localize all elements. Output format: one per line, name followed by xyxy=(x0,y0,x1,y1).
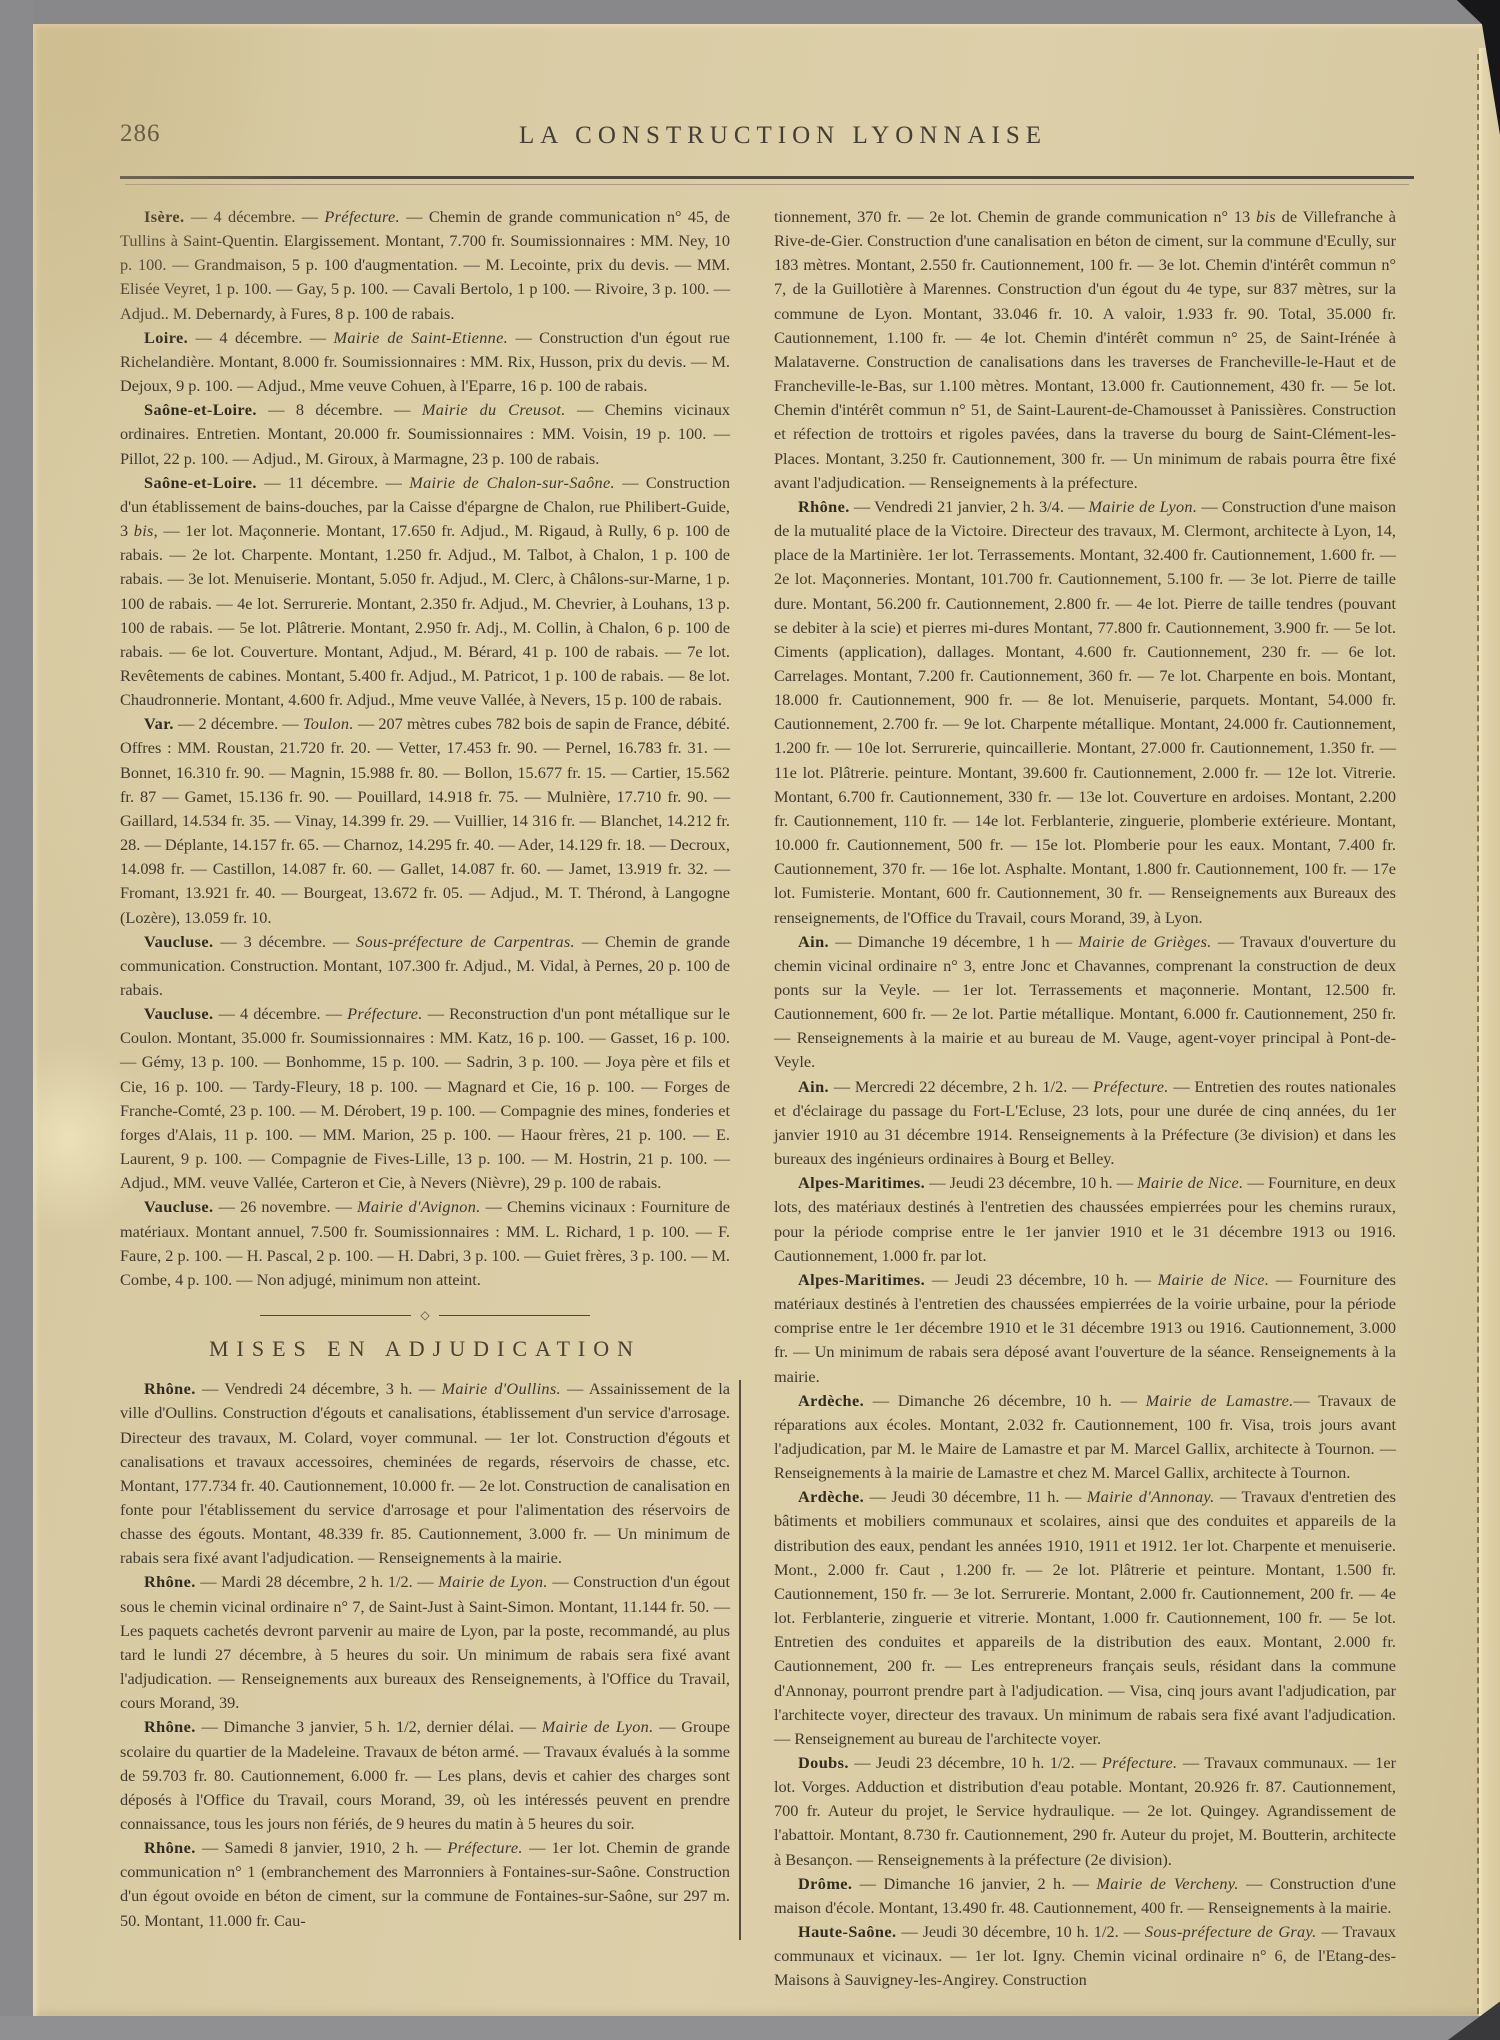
entry-text: — Dimanche 26 décembre, 10 h. — xyxy=(864,1391,1146,1410)
entry-text: — Jeudi 30 décembre, 10 h. 1/2. — xyxy=(896,1922,1144,1941)
department-lead: Rhône. xyxy=(144,1379,196,1398)
department-lead: Vaucluse. xyxy=(144,1197,214,1216)
entry-paragraph: Rhône. — Samedi 8 janvier, 1910, 2 h. — … xyxy=(120,1836,730,1933)
department-lead: Var. xyxy=(144,714,174,733)
photo-background-bottom xyxy=(0,2016,1500,2040)
venue-name: Mairie de Vercheny. xyxy=(1096,1874,1238,1893)
entry-text: — 207 mètres cubes 782 bois de sapin de … xyxy=(120,714,730,926)
masthead-title: LA CONSTRUCTION LYONNAISE xyxy=(433,122,1133,150)
entry-text: — Dimanche 16 janvier, 2 h. — xyxy=(852,1874,1096,1893)
venue-name: Préfecture. xyxy=(447,1838,522,1857)
newspaper-page: 286 LA CONSTRUCTION LYONNAISE Isère. — 4… xyxy=(33,24,1500,2016)
entry-paragraph: Saône-et-Loire. — 8 décembre. — Mairie d… xyxy=(120,398,730,470)
entry-text: — Vendredi 21 janvier, 2 h. 3/4. — xyxy=(850,497,1089,516)
venue-name: Toulon. xyxy=(303,714,354,733)
entry-text: de Villefranche à Rive-de-Gier. Construc… xyxy=(774,207,1396,492)
venue-name: Préfecture. xyxy=(1093,1077,1168,1096)
department-lead: Ardèche. xyxy=(798,1391,864,1410)
department-lead: Rhône. xyxy=(144,1572,196,1591)
venue-name: Mairie d'Annonay. xyxy=(1087,1487,1215,1506)
column-gutter-rule xyxy=(739,1380,741,1940)
department-lead: Ain. xyxy=(798,932,829,951)
entry-text: tionnement, 370 fr. — 2e lot. Chemin de … xyxy=(774,207,1256,226)
entry-text: — Vendredi 24 décembre, 3 h. — xyxy=(196,1379,442,1398)
department-lead: Rhône. xyxy=(798,497,850,516)
entry-paragraph: Rhône. — Vendredi 24 décembre, 3 h. — Ma… xyxy=(120,1377,730,1570)
entry-text: — Samedi 8 janvier, 1910, 2 h. — xyxy=(196,1838,448,1857)
venue-name: Mairie de Lyon. xyxy=(1089,497,1198,516)
entry-paragraph: Isère. — 4 décembre. — Préfecture. — Che… xyxy=(120,205,730,326)
venue-name: Mairie d'Oullins. xyxy=(441,1379,560,1398)
entry-text: — Jeudi 30 décembre, 11 h. — xyxy=(864,1487,1087,1506)
venue-name: Mairie de Grièges. xyxy=(1078,932,1211,951)
page-number: 286 xyxy=(120,120,161,148)
entry-paragraph: Ardèche. — Dimanche 26 décembre, 10 h. —… xyxy=(774,1389,1396,1486)
venue-name: Mairie de Lyon. xyxy=(438,1572,548,1591)
entry-paragraph: Alpes-Maritimes. — Jeudi 23 décembre, 10… xyxy=(774,1268,1396,1389)
entry-text: — 26 novembre. — xyxy=(214,1197,358,1216)
photo-background-top xyxy=(0,0,1500,24)
venue-name: Sous-préfecture de Gray. xyxy=(1145,1922,1317,1941)
entry-paragraph: Ain. — Mercredi 22 décembre, 2 h. 1/2. —… xyxy=(774,1075,1396,1172)
venue-name: Mairie d'Avignon. xyxy=(357,1197,481,1216)
entry-paragraph: Ardèche. — Jeudi 30 décembre, 11 h. — Ma… xyxy=(774,1485,1396,1751)
entry-paragraph: Ain. — Dimanche 19 décembre, 1 h — Mairi… xyxy=(774,930,1396,1075)
entry-text: — 8 décembre. — xyxy=(257,400,422,419)
entry-text: — Reconstruction d'un pont métallique su… xyxy=(120,1004,730,1192)
department-lead: Rhône. xyxy=(144,1717,196,1736)
page-fold-crease xyxy=(1477,54,1479,2014)
entry-paragraph: Alpes-Maritimes. — Jeudi 23 décembre, 10… xyxy=(774,1171,1396,1268)
entry-text: — Mardi 28 décembre, 2 h. 1/2. — xyxy=(196,1572,439,1591)
masthead-rule-shadow xyxy=(125,184,1409,185)
book-page-edges xyxy=(1479,48,1500,2034)
entry-paragraph: Vaucluse. — 3 décembre. — Sous-préfectur… xyxy=(120,930,730,1002)
venue-name: Mairie de Chalon-sur-Saône. xyxy=(409,473,615,492)
photo-background-left xyxy=(0,0,33,2040)
entry-text: — Jeudi 23 décembre, 10 h. 1/2. — xyxy=(849,1753,1102,1772)
entry-paragraph: Rhône. — Vendredi 21 janvier, 2 h. 3/4. … xyxy=(774,495,1396,930)
right-column: tionnement, 370 fr. — 2e lot. Chemin de … xyxy=(774,205,1396,1993)
venue-name: Mairie de Lyon. xyxy=(542,1717,654,1736)
entry-text: — 11 décembre. — xyxy=(257,473,409,492)
venue-name: Mairie du Creusot. xyxy=(422,400,566,419)
venue-name: bis xyxy=(1256,207,1276,226)
entry-text: — Dimanche 19 décembre, 1 h — xyxy=(829,932,1078,951)
department-lead: Alpes-Maritimes. xyxy=(798,1270,925,1289)
department-lead: Saône-et-Loire. xyxy=(144,400,257,419)
department-lead: Ardèche. xyxy=(798,1487,864,1506)
masthead-rule xyxy=(120,176,1414,179)
entry-paragraph: Drôme. — Dimanche 16 janvier, 2 h. — Mai… xyxy=(774,1872,1396,1920)
entry-text: — Assainissement de la ville d'Oullins. … xyxy=(120,1379,730,1567)
entry-paragraph: Doubs. — Jeudi 23 décembre, 10 h. 1/2. —… xyxy=(774,1751,1396,1872)
section-divider: ◇ xyxy=(260,1309,590,1321)
entry-text: — Mercredi 22 décembre, 2 h. 1/2. — xyxy=(829,1077,1093,1096)
department-lead: Haute-Saône. xyxy=(798,1922,896,1941)
entry-paragraph: Loire. — 4 décembre. — Mairie de Saint-E… xyxy=(120,326,730,398)
section-heading: MISES EN ADJUDICATION xyxy=(120,1337,730,1361)
venue-name: Préfecture. xyxy=(1102,1753,1177,1772)
entry-paragraph: Rhône. — Mardi 28 décembre, 2 h. 1/2. — … xyxy=(120,1570,730,1715)
entry-text: — 2 décembre. — xyxy=(174,714,303,733)
department-lead: Rhône. xyxy=(144,1838,196,1857)
entry-text: — 4 décembre. — xyxy=(185,207,325,226)
venue-name: Sous-préfecture de Carpentras. xyxy=(356,932,575,951)
department-lead: Drôme. xyxy=(798,1874,852,1893)
venue-name: Mairie de Lamastre. xyxy=(1146,1391,1294,1410)
venue-name: Préfecture. xyxy=(347,1004,422,1023)
entry-paragraph: Rhône. — Dimanche 3 janvier, 5 h. 1/2, d… xyxy=(120,1715,730,1836)
entry-paragraph: Vaucluse. — 4 décembre. — Préfecture. — … xyxy=(120,1002,730,1195)
entry-text: , — 1er lot. Maçonnerie. Montant, 17.650… xyxy=(120,521,730,709)
scanned-page-photo: { "page": { "number": "286", "masthead":… xyxy=(0,0,1500,2040)
left-column: Isère. — 4 décembre. — Préfecture. — Che… xyxy=(120,205,730,1933)
department-lead: Doubs. xyxy=(798,1753,849,1772)
department-lead: Vaucluse. xyxy=(144,1004,214,1023)
department-lead: Loire. xyxy=(144,328,188,347)
entry-text: — Construction d'un égout sous le chemin… xyxy=(120,1572,730,1712)
entry-text: — Travaux d'ouverture du chemin vicinal … xyxy=(774,932,1396,1072)
entry-text: — Travaux d'entretien des bâtiments et m… xyxy=(774,1487,1396,1748)
entry-text: — 3 décembre. — xyxy=(214,932,357,951)
venue-name: Mairie de Nice. xyxy=(1158,1270,1269,1289)
diamond-ornament-icon: ◇ xyxy=(411,1309,438,1321)
entry-text: — Dimanche 3 janvier, 5 h. 1/2, dernier … xyxy=(196,1717,542,1736)
venue-name: bis xyxy=(134,521,154,540)
entry-paragraph: Haute-Saône. — Jeudi 30 décembre, 10 h. … xyxy=(774,1920,1396,1992)
venue-name: Mairie de Nice. xyxy=(1137,1173,1243,1192)
entry-text: — Construction d'une maison de la mutual… xyxy=(774,497,1396,927)
entry-text: — 4 décembre. — xyxy=(214,1004,348,1023)
entry-paragraph: tionnement, 370 fr. — 2e lot. Chemin de … xyxy=(774,205,1396,495)
department-lead: Alpes-Maritimes. xyxy=(798,1173,925,1192)
venue-name: Mairie de Saint-Etienne. xyxy=(334,328,508,347)
entry-paragraph: Vaucluse. — 26 novembre. — Mairie d'Avig… xyxy=(120,1195,730,1292)
entry-paragraph: Saône-et-Loire. — 11 décembre. — Mairie … xyxy=(120,471,730,713)
department-lead: Ain. xyxy=(798,1077,829,1096)
entry-text: — Jeudi 23 décembre, 10 h. — xyxy=(925,1270,1158,1289)
entry-paragraph: Var. — 2 décembre. — Toulon. — 207 mètre… xyxy=(120,712,730,929)
department-lead: Isère. xyxy=(144,207,185,226)
department-lead: Vaucluse. xyxy=(144,932,214,951)
entry-text: — 4 décembre. — xyxy=(188,328,333,347)
venue-name: Préfecture. xyxy=(324,207,399,226)
entry-text: — Jeudi 23 décembre, 10 h. — xyxy=(925,1173,1137,1192)
department-lead: Saône-et-Loire. xyxy=(144,473,257,492)
